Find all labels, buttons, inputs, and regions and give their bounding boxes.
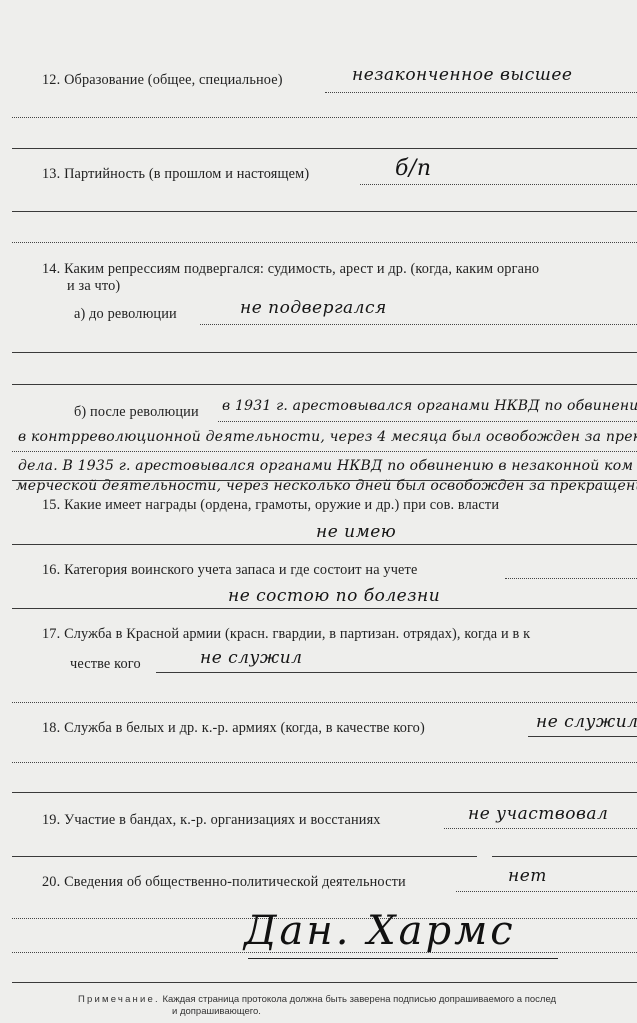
footnote: Примечание. Каждая страница протокола до… xyxy=(78,994,556,1005)
item-20-answer-line xyxy=(456,891,637,892)
item-18-blank-line xyxy=(12,762,637,763)
item-12-answer-line xyxy=(325,92,637,93)
item-14b-rule-1 xyxy=(218,421,637,422)
item-13-label: 13. Партийность (в прошлом и настоящем) xyxy=(42,166,309,183)
item-14a-answer-line xyxy=(200,324,637,325)
item-14-text: Каким репрессиям подвергался: судимость,… xyxy=(64,261,539,277)
item-14a-blank-line xyxy=(12,352,637,353)
item-17-answer-line xyxy=(156,672,637,673)
item-12-blank-line xyxy=(12,117,637,118)
item-16-answer-line xyxy=(12,608,637,609)
item-14a-blank-line-2 xyxy=(12,384,637,385)
item-17-answer: не служил xyxy=(200,648,302,668)
signature: Дан. Хармс xyxy=(244,908,516,954)
item-20-label: 20. Сведения об общественно-политической… xyxy=(42,874,406,891)
item-20-number: 20. xyxy=(42,874,60,890)
item-13-number: 13. xyxy=(42,166,60,182)
item-17-number: 17. xyxy=(42,626,60,642)
signature-line-2 xyxy=(12,952,637,953)
item-17-text: Служба в Красной армии (красн. гвардии, … xyxy=(64,626,530,642)
item-18-blank-line-2 xyxy=(12,792,637,793)
item-18-number: 18. xyxy=(42,720,60,736)
item-14b-rule-2 xyxy=(12,451,637,452)
interrogation-protocol-page: 12. Образование (общее, специальное) нез… xyxy=(0,0,637,1023)
item-14a-label: а) до революции xyxy=(74,306,177,323)
item-20-answer: нет xyxy=(508,866,547,886)
item-19-number: 19. xyxy=(42,812,60,828)
item-14b-label: б) после революции xyxy=(74,404,199,421)
item-14a-answer: не подвергался xyxy=(240,298,387,318)
item-13-blank-line-2 xyxy=(12,242,637,243)
item-16-answer-line-top xyxy=(505,578,637,579)
item-15-text: Какие имеет награды (ордена, грамоты, ор… xyxy=(64,497,499,513)
item-13-text: Партийность (в прошлом и настоящем) xyxy=(64,166,309,182)
item-13-answer-line xyxy=(360,184,637,185)
item-18-answer: не служил xyxy=(536,712,637,732)
item-16-number: 16. xyxy=(42,562,60,578)
item-16-label: 16. Категория воинского учета запаса и г… xyxy=(42,562,417,579)
item-18-answer-line xyxy=(528,736,637,737)
footnote-prefix: Примечание. xyxy=(78,994,160,1005)
item-19-text: Участие в бандах, к.-р. организациях и в… xyxy=(64,812,381,828)
item-14b-answer-line-1: в 1931 г. арестовывался органами НКВД по… xyxy=(222,398,637,414)
item-17-blank-line xyxy=(12,702,637,703)
item-12-text: Образование (общее, специальное) xyxy=(64,72,283,88)
item-15-number: 15. xyxy=(42,497,60,513)
signature-underline xyxy=(248,958,558,959)
item-14b-answer-line-4: мерческой деятельности, через несколько … xyxy=(16,478,637,494)
item-18-text: Служба в белых и др. к.-р. армиях (когда… xyxy=(64,720,425,736)
item-16-answer: не состою по болезни xyxy=(228,586,440,606)
item-14-label: 14. Каким репрессиям подвергался: судимо… xyxy=(42,261,539,278)
item-12-blank-line-2 xyxy=(12,148,637,149)
item-14b-answer-line-3: дела. В 1935 г. арестовывался органами Н… xyxy=(18,458,633,474)
item-15-answer-line xyxy=(12,544,637,545)
item-17-label: 17. Служба в Красной армии (красн. гвард… xyxy=(42,626,530,643)
item-15-answer: не имею xyxy=(316,522,396,542)
item-14b-answer-line-2: в контрреволюционной деятельности, через… xyxy=(18,429,637,445)
item-14-number: 14. xyxy=(42,261,60,277)
item-16-text: Категория воинского учета запаса и где с… xyxy=(64,562,417,578)
item-13-blank-line xyxy=(12,211,637,212)
footnote-continued: и допрашивающего. xyxy=(172,1006,261,1017)
item-17-label-continued: честве кого xyxy=(70,656,141,673)
signature-line-3 xyxy=(12,982,637,983)
item-12-answer: незаконченное высшее xyxy=(352,65,572,85)
item-15-label: 15. Какие имеет награды (ордена, грамоты… xyxy=(42,497,499,514)
item-19-label: 19. Участие в бандах, к.-р. организациях… xyxy=(42,812,381,829)
item-19-answer-line xyxy=(444,828,637,829)
item-19-answer: не участвовал xyxy=(468,804,608,824)
item-12-label: 12. Образование (общее, специальное) xyxy=(42,72,283,89)
item-20-text: Сведения об общественно-политической дея… xyxy=(64,874,406,890)
item-12-number: 12. xyxy=(42,72,60,88)
item-18-label: 18. Служба в белых и др. к.-р. армиях (к… xyxy=(42,720,425,737)
item-13-answer: б/п xyxy=(395,156,432,181)
item-14-label-continued: и за что) xyxy=(67,278,120,295)
item-19-blank-line-b xyxy=(492,856,637,857)
item-19-blank-line-a xyxy=(12,856,477,857)
footnote-text: Каждая страница протокола должна быть за… xyxy=(162,994,556,1005)
